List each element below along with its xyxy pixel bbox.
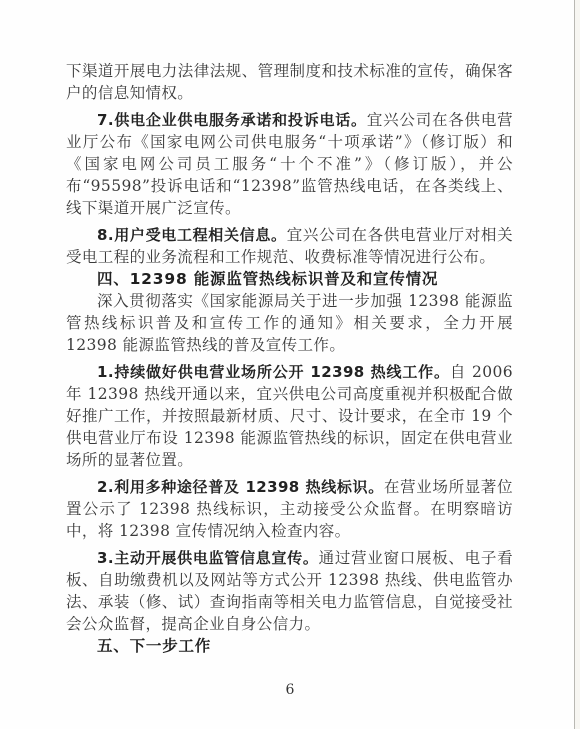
- document-body: 下渠道开展电力法律法规、管理制度和技术标准的宣传，确保客户的信息知情权。7.供电…: [66, 60, 513, 657]
- paragraph: 7.供电企业供电服务承诺和投诉电话。宜兴公司在各供电营业厅公布《国家电网公司供电…: [66, 109, 513, 219]
- scan-edge-line: [574, 0, 575, 729]
- section-heading: 四、12398 能源监管热线标识普及和宣传情况: [66, 268, 513, 290]
- paragraph: 8.用户受电工程相关信息。宜兴公司在各供电营业厅对相关受电工程的业务流程和工作规…: [66, 224, 513, 268]
- paragraph-lead: 8.用户受电工程相关信息。: [97, 226, 287, 244]
- paragraph: 1.持续做好供电营业场所公开 12398 热线工作。自 2006 年 12398…: [66, 361, 513, 471]
- paragraph: 3.主动开展供电监管信息宣传。通过营业窗口展板、电子看板、自助缴费机以及网站等方…: [66, 547, 513, 635]
- heading-text: 五、下一步工作: [97, 637, 211, 655]
- paragraph-text: 下渠道开展电力法律法规、管理制度和技术标准的宣传，确保客户的信息知情权。: [66, 62, 513, 102]
- paragraph-lead: 1.持续做好供电营业场所公开 12398 热线工作。: [97, 363, 450, 381]
- paragraph-lead: 2.利用多种途径普及 12398 热线标识。: [97, 478, 384, 496]
- paragraph: 深入贯彻落实《国家能源局关于进一步加强 12398 能源监管热线标识普及和宣传工…: [66, 290, 513, 356]
- heading-text: 四、12398 能源监管热线标识普及和宣传情况: [97, 270, 438, 288]
- scan-edge-strip: [575, 0, 580, 729]
- document-page: 下渠道开展电力法律法规、管理制度和技术标准的宣传，确保客户的信息知情权。7.供电…: [0, 0, 580, 729]
- paragraph: 下渠道开展电力法律法规、管理制度和技术标准的宣传，确保客户的信息知情权。: [66, 60, 513, 104]
- paragraph-text: 深入贯彻落实《国家能源局关于进一步加强 12398 能源监管热线标识普及和宣传工…: [66, 292, 513, 354]
- paragraph: 2.利用多种途径普及 12398 热线标识。在营业场所显著位置公示了 12398…: [66, 476, 513, 542]
- paragraph-lead: 7.供电企业供电服务承诺和投诉电话。: [97, 111, 367, 129]
- page-number: 6: [0, 682, 580, 698]
- section-heading: 五、下一步工作: [66, 635, 513, 657]
- paragraph-lead: 3.主动开展供电监管信息宣传。: [97, 549, 319, 567]
